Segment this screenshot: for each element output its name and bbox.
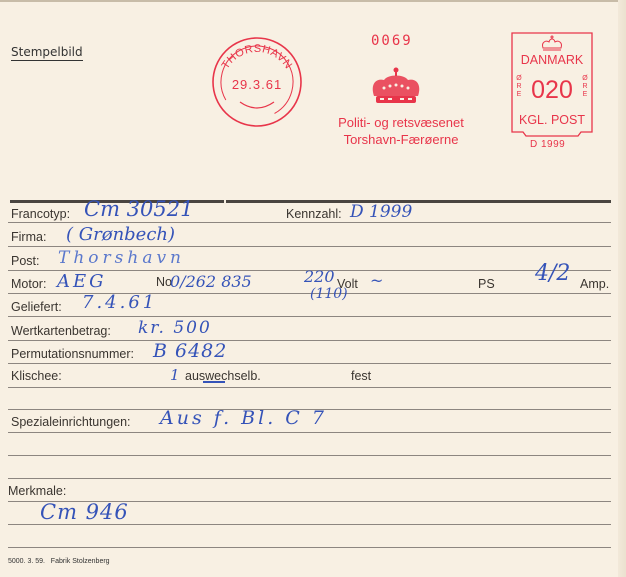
post-label: Post:	[11, 254, 40, 268]
rule	[8, 455, 611, 456]
meter-counter: 0069	[371, 33, 413, 49]
post-value: Thorshavn	[58, 249, 185, 267]
firma-label: Firma:	[11, 230, 46, 244]
permutationsnummer-value: B 6482	[153, 342, 227, 360]
motor-no-value: 0/262 835	[170, 273, 252, 291]
svg-text:R: R	[582, 83, 587, 90]
sender-line-2: Torshavn-Færøerne	[311, 131, 491, 148]
rule-top-right	[226, 200, 611, 203]
rule	[8, 524, 611, 525]
card-right-edge	[618, 0, 626, 577]
svg-text:E: E	[583, 91, 588, 98]
svg-text:R: R	[516, 83, 521, 90]
ps-label: PS	[478, 277, 495, 291]
crown-icon	[370, 66, 422, 110]
geliefert-label: Geliefert:	[11, 300, 62, 314]
kennzahl-value: D 1999	[350, 203, 412, 221]
postmark-date: 29.3.61	[232, 77, 282, 92]
permutationsnummer-label: Permutationsnummer:	[11, 347, 134, 361]
amp-label: Amp.	[580, 277, 609, 291]
svg-text:DANMARK: DANMARK	[521, 53, 584, 67]
rule	[8, 387, 611, 388]
stempelbild-label: Stempelbild	[11, 45, 83, 61]
klischee-count: 1	[170, 366, 180, 384]
spezialeinrichtungen-value: Aus f. Bl. C 7	[160, 409, 327, 427]
svg-text:020: 020	[531, 76, 573, 104]
volt-label: Volt	[337, 277, 358, 291]
merkmale-value: Cm 946	[40, 503, 129, 521]
volt-ac-symbol: ~	[370, 272, 383, 290]
merkmale-label: Merkmale:	[8, 484, 66, 498]
meter-id: D 1999	[530, 139, 565, 150]
rule	[8, 222, 611, 223]
klischee-label: Klischee:	[11, 369, 62, 383]
spezialeinrichtungen-label: Spezialeinrichtungen:	[11, 415, 131, 429]
rule	[8, 316, 611, 317]
postmark-icon: THORSHAVN 29.3.61	[211, 36, 303, 128]
svg-text:E: E	[517, 91, 522, 98]
rule	[8, 547, 611, 548]
record-card: Stempelbild THORSHAVN 29.3.61 0069 Polit…	[0, 0, 626, 577]
francotyp-label: Francotyp:	[11, 207, 70, 221]
svg-text:Ø: Ø	[582, 75, 588, 82]
klischee-selection-underline	[203, 381, 225, 383]
wertkartenbetrag-label: Wertkartenbetrag:	[11, 324, 111, 338]
svg-text:Ø: Ø	[516, 75, 522, 82]
kennzahl-label: Kennzahl:	[286, 207, 342, 221]
rule	[8, 340, 611, 341]
rule	[8, 246, 611, 247]
wertkartenbetrag-value: kr. 500	[138, 319, 212, 337]
meter-sender: Politi- og retsvæsenet Torshavn-Færøerne	[311, 114, 491, 148]
klischee-option-fest: fest	[351, 369, 371, 383]
print-info: 5000. 3. 59. Fabrik Stolzenberg	[8, 558, 110, 565]
meter-value-stamp: DANMARK 020 Ø R E Ø R E KGL. POST	[511, 32, 593, 140]
sender-line-1: Politi- og retsvæsenet	[311, 114, 491, 131]
motor-label: Motor:	[11, 277, 46, 291]
amp-value: 4/2	[535, 265, 570, 283]
rule	[8, 432, 611, 433]
svg-text:KGL. POST: KGL. POST	[519, 113, 585, 127]
motor-value: AEG	[57, 273, 107, 291]
rule	[8, 478, 611, 479]
card-top-edge	[0, 0, 626, 2]
firma-value: ( Grønbech)	[66, 226, 175, 244]
rule	[8, 363, 611, 364]
volt-value: 220	[304, 268, 335, 286]
small-crown-icon	[543, 36, 562, 50]
francotyp-value: Cm 30521	[84, 200, 193, 218]
geliefert-value: 7.4.61	[82, 294, 157, 312]
